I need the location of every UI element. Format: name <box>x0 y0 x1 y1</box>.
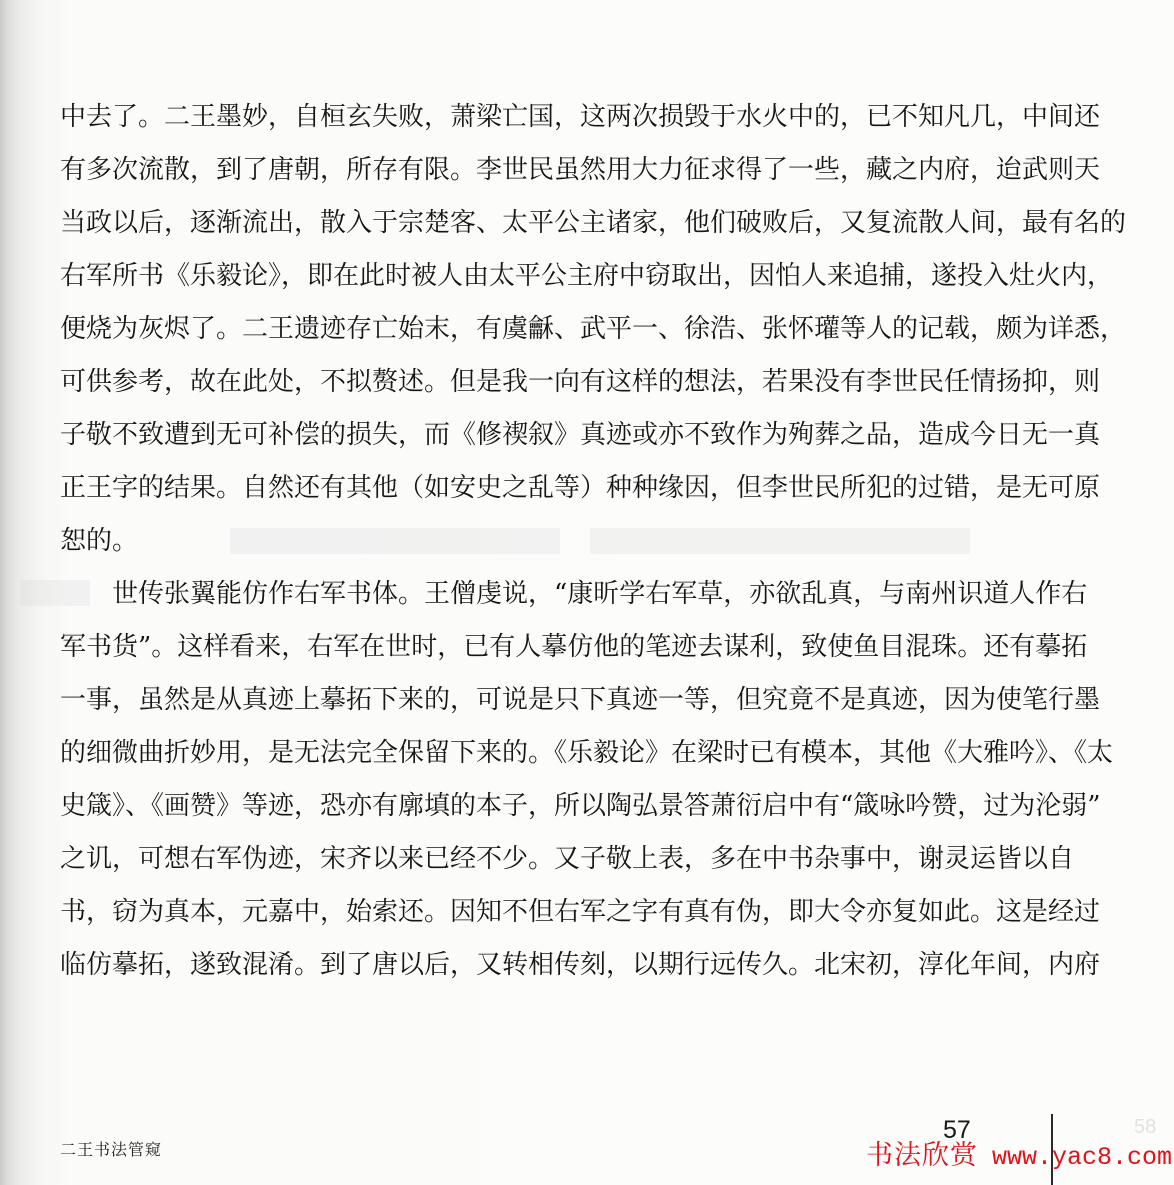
text-line: 之讥，可想右军伪迹，宋齐以来已经不少。又子敬上表，多在中书杂事中，谢灵运皆以自 <box>60 844 1050 874</box>
book-title: 二王书法管窥 <box>60 1140 162 1160</box>
text-line: 当政以后，逐渐流出，散入于宗楚客、太平公主诸家，他们破败后，又复流散人间，最有名… <box>60 208 1050 238</box>
text-line: 中去了。二王墨妙，自桓玄失败，萧梁亡国，这两次损毁于水火中的，已不知凡几，中间还 <box>60 102 1050 132</box>
watermark-url: www.yac8.com <box>992 1143 1172 1172</box>
text-line: 恕的。 <box>60 526 1050 556</box>
text-line: 书，窃为真本，元嘉中，始索还。因知不但右军之字有真有伪，即大令亦复如此。这是经过 <box>60 897 1050 927</box>
watermark-site-name: 书法欣赏 <box>866 1140 978 1171</box>
text-line: 正王字的结果。自然还有其他（如安史之乱等）种种缘因，但李世民所犯的过错，是无可原 <box>60 473 1050 503</box>
text-line: 史箴》、《画赞》等迹，恐亦有廓填的本子，所以陶弘景答萧衍启中有“箴咏吟赞，过为沦… <box>60 791 1050 821</box>
text-line: 可供参考，故在此处，不拟赘述。但是我一向有这样的想法，若果没有李世民任情扬抑，则 <box>60 367 1050 397</box>
watermark: 书法欣赏www.yac8.com <box>866 1140 1172 1175</box>
ghost-page-number: 58 <box>1134 1116 1156 1139</box>
text-line: 的细微曲折妙用，是无法完全保留下来的。《乐毅论》在梁时已有模本，其他《大雅吟》、… <box>60 738 1050 768</box>
text-line: 右军所书《乐毅论》，即在此时被人由太平公主府中窃取出，因怕人来追捕，遂投入灶火内… <box>60 261 1050 291</box>
text-line: 子敬不致遭到无可补偿的损失，而《修禊叙》真迹或亦不致作为殉葬之品，造成今日无一真 <box>60 420 1050 450</box>
text-line: 一事，虽然是从真迹上摹拓下来的，可说是只下真迹一等，但究竟不是真迹，因为使笔行墨 <box>60 685 1050 715</box>
text-line: 军书货”。这样看来，右军在世时，已有人摹仿他的笔迹去谋利，致使鱼目混珠。还有摹拓 <box>60 632 1050 662</box>
text-line: 有多次流散，到了唐朝，所存有限。李世民虽然用大力征求得了一些，藏之内府，迨武则天 <box>60 155 1050 185</box>
text-line: 便烧为灰烬了。二王遗迹存亡始末，有虞龢、武平一、徐浩、张怀瓘等人的记载，颇为详悉… <box>60 314 1050 344</box>
text-line: 临仿摹拓，遂致混淆。到了唐以后，又转相传刻，以期行远传久。北宋初，淳化年间，内府 <box>60 950 1050 980</box>
text-line: 世传张翼能仿作右军书体。王僧虔说，“康昕学右军草，亦欲乱真，与南州识道人作右 <box>60 579 1050 609</box>
